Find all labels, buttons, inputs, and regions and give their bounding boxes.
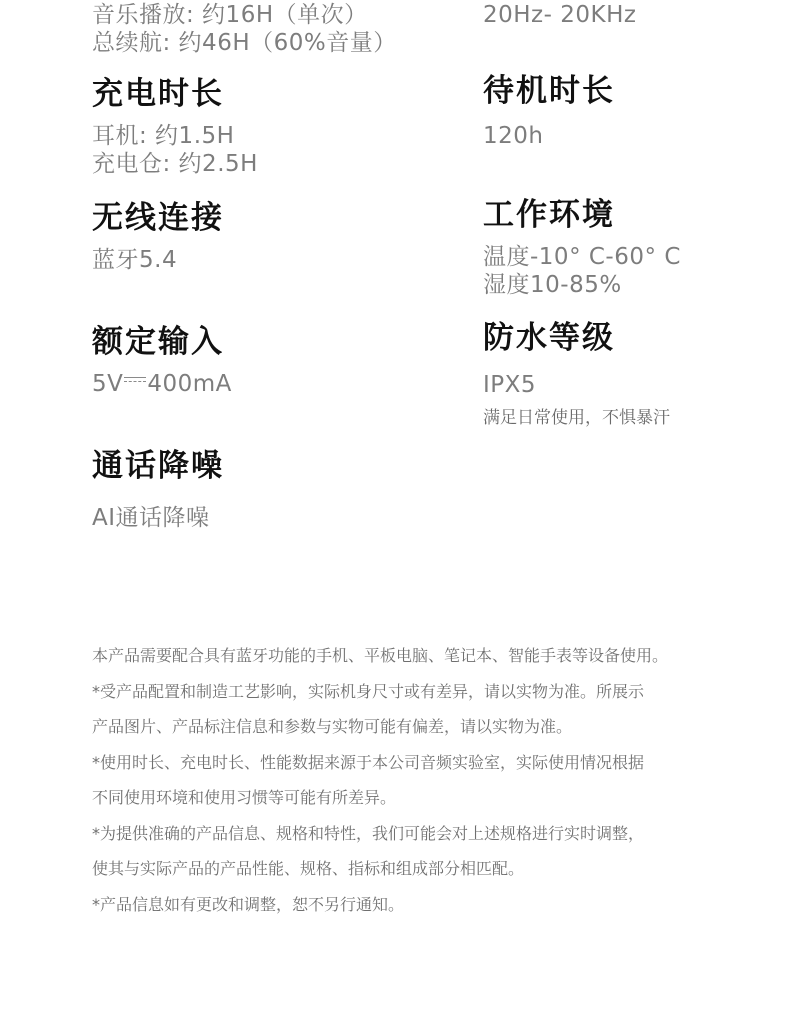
battery-music-playback: 音乐播放: 约16H（单次）: [92, 1, 397, 29]
standby-time-value: 120h: [483, 122, 615, 150]
disclaimer-line: 本产品需要配合具有蓝牙功能的手机、平板电脑、笔记本、智能手表等设备使用。: [92, 638, 752, 674]
rated-input-title: 额定输入: [92, 323, 232, 361]
disclaimer-line: *为提供准确的产品信息、规格和特性，我们可能会对上述规格进行实时调整，: [92, 816, 752, 852]
spec-call-noise-reduction: 通话降噪 AI通话降噪: [92, 447, 224, 532]
spec-standby-time: 待机时长 120h: [483, 72, 615, 150]
disclaimer-line: 使其与实际产品的产品性能、规格、指标和组成部分相匹配。: [92, 851, 752, 887]
waterproof-value: IPX5: [483, 371, 670, 399]
spec-charging-time: 充电时长 耳机: 约1.5H 充电仓: 约2.5H: [92, 75, 258, 178]
charging-time-earbuds: 耳机: 约1.5H: [92, 122, 258, 150]
disclaimer-line: *使用时长、充电时长、性能数据来源于本公司音频实验室，实际使用情况根据: [92, 745, 752, 781]
call-noise-reduction-value: AI通话降噪: [92, 504, 224, 532]
environment-title: 工作环境: [483, 196, 681, 234]
wireless-title: 无线连接: [92, 199, 224, 237]
battery-total-life: 总续航: 约46H（60%音量）: [92, 29, 397, 57]
environment-temperature: 温度-10° C-60° C: [483, 243, 681, 271]
waterproof-note: 满足日常使用，不惧暴汗: [483, 407, 670, 429]
rated-input-current: 400mA: [147, 371, 232, 397]
charging-time-title: 充电时长: [92, 75, 258, 113]
charging-time-case: 充电仓: 约2.5H: [92, 150, 258, 178]
dc-current-icon: [124, 376, 146, 386]
disclaimer-line: *受产品配置和制造工艺影响，实际机身尺寸或有差异，请以实物为准。所展示: [92, 674, 752, 710]
spec-rated-input: 额定输入 5V400mA: [92, 323, 232, 398]
standby-time-title: 待机时长: [483, 72, 615, 110]
frequency-response-value: 20Hz- 20KHz: [483, 1, 636, 29]
spec-frequency-response: 20Hz- 20KHz: [483, 1, 636, 29]
disclaimer-line: 不同使用环境和使用习惯等可能有所差异。: [92, 780, 752, 816]
spec-environment: 工作环境 温度-10° C-60° C 湿度10-85%: [483, 196, 681, 299]
call-noise-reduction-title: 通话降噪: [92, 447, 224, 485]
disclaimer-line: 产品图片、产品标注信息和参数与实物可能有偏差，请以实物为准。: [92, 709, 752, 745]
spec-wireless: 无线连接 蓝牙5.4: [92, 199, 224, 274]
spec-battery: 音乐播放: 约16H（单次） 总续航: 约46H（60%音量）: [92, 1, 397, 57]
rated-input-voltage: 5V: [92, 371, 123, 397]
rated-input-value: 5V400mA: [92, 370, 232, 398]
spec-waterproof: 防水等级 IPX5 满足日常使用，不惧暴汗: [483, 319, 670, 429]
disclaimer-line: *产品信息如有更改和调整，恕不另行通知。: [92, 887, 752, 923]
environment-humidity: 湿度10-85%: [483, 271, 681, 299]
wireless-value: 蓝牙5.4: [92, 246, 224, 274]
disclaimer: 本产品需要配合具有蓝牙功能的手机、平板电脑、笔记本、智能手表等设备使用。 *受产…: [92, 638, 752, 922]
waterproof-title: 防水等级: [483, 319, 670, 357]
